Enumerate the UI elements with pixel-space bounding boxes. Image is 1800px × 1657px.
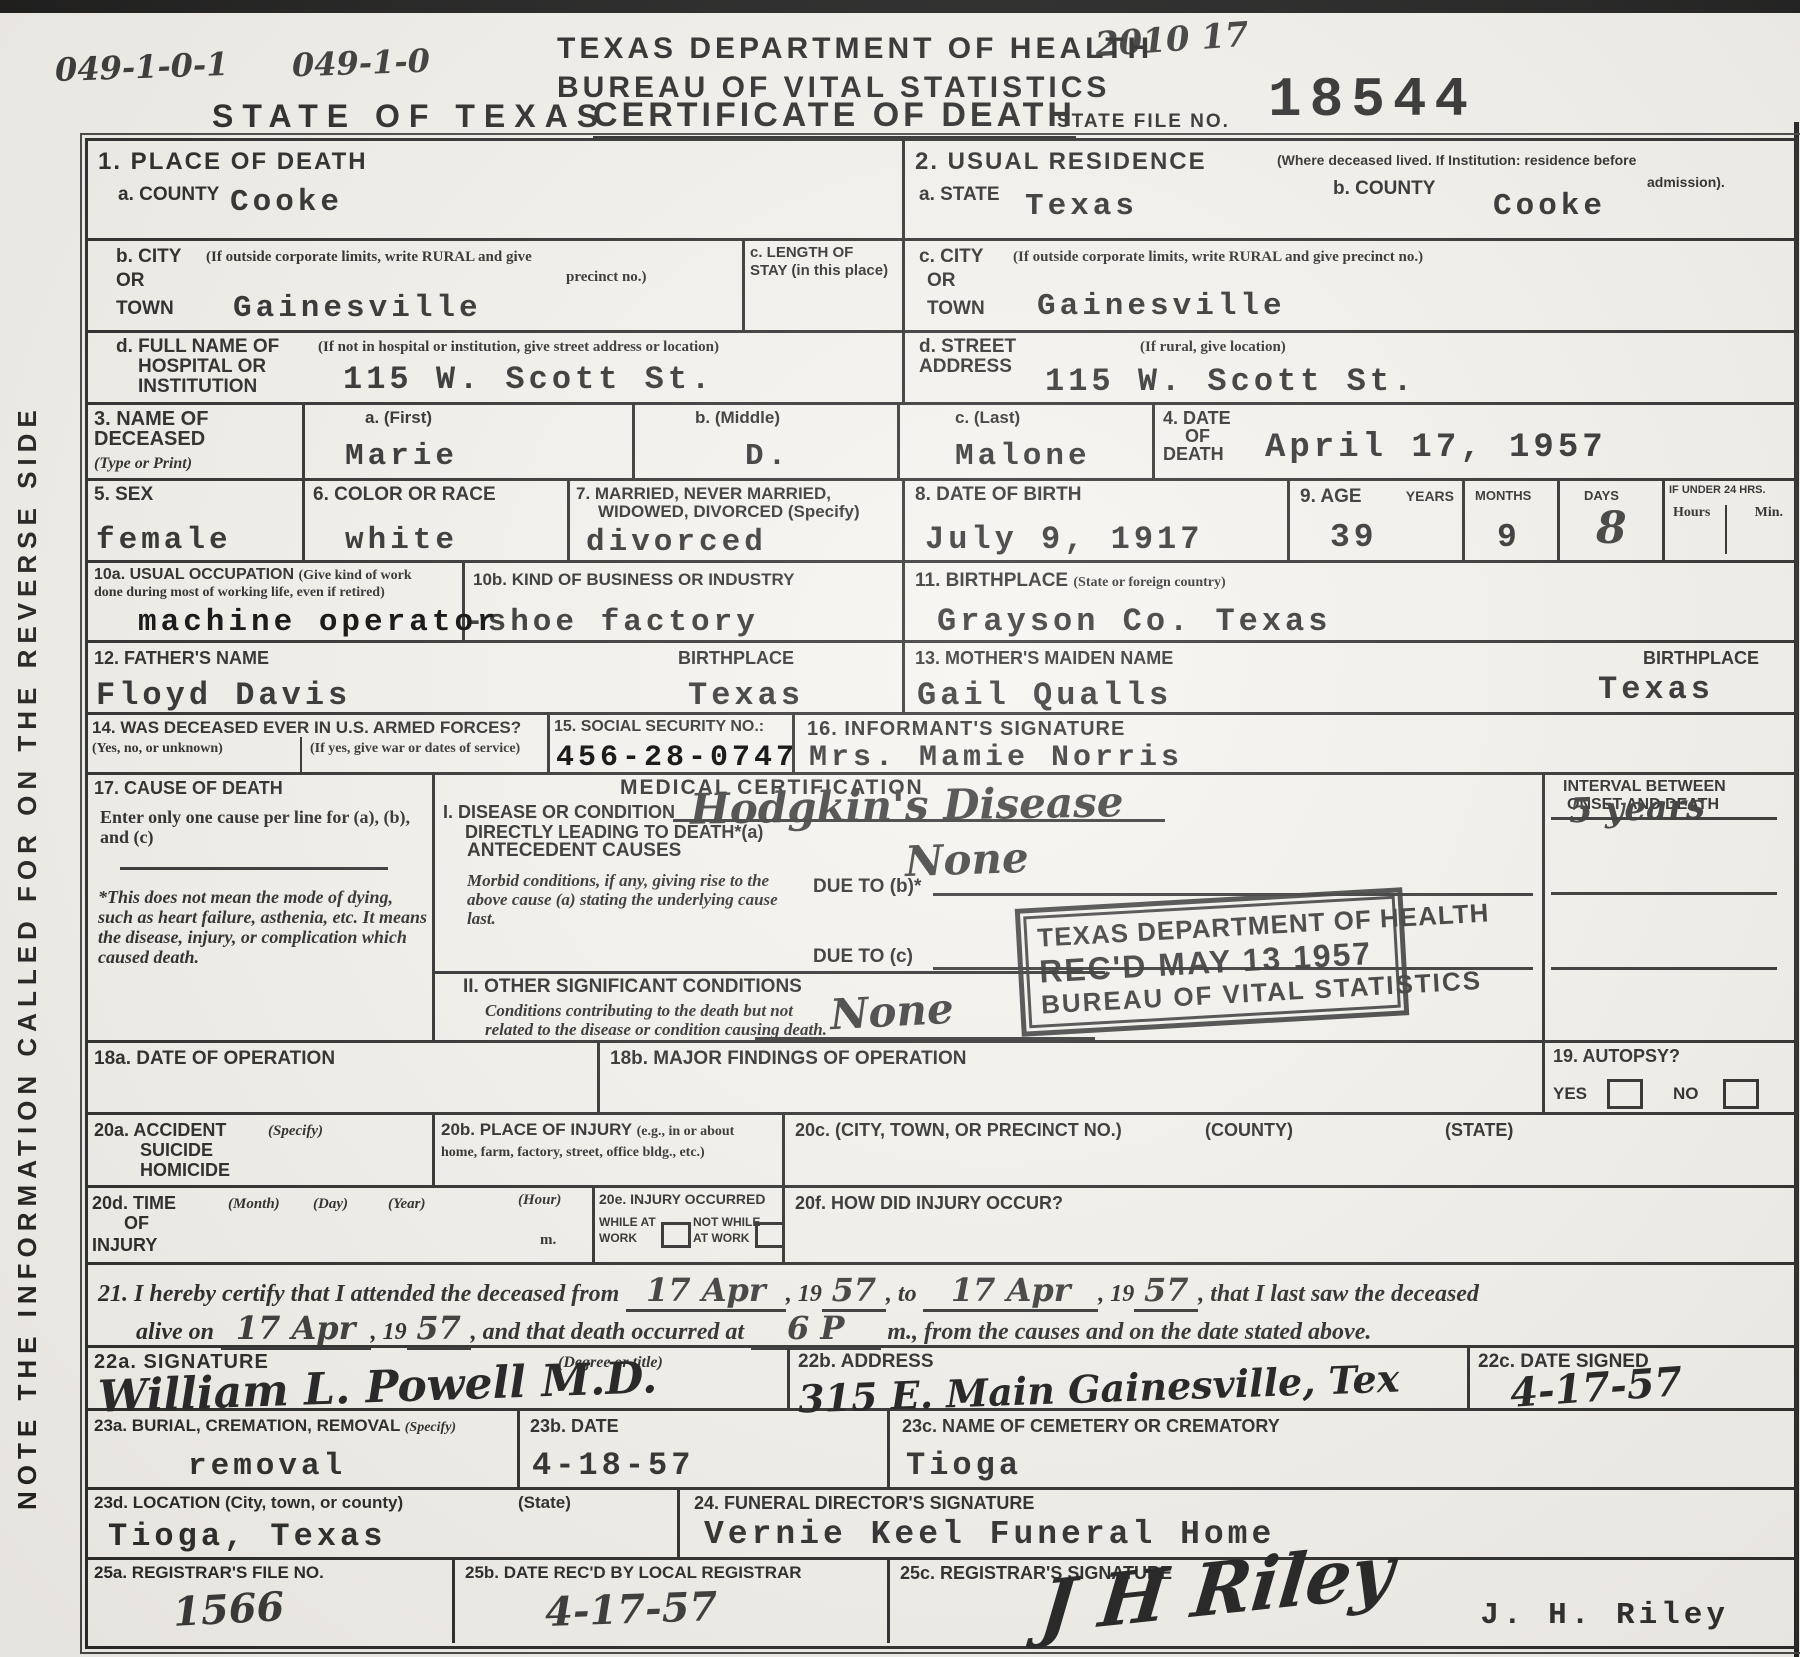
- header-department: TEXAS DEPARTMENT OF HEALTH: [557, 33, 1153, 65]
- age-days-value: 8: [1596, 503, 1627, 554]
- row-injury-2: 20d. TIME OF INJURY (Month) (Day) (Year)…: [88, 1188, 1795, 1265]
- father-birthplace-value: Texas: [688, 677, 804, 714]
- field-burial-type: 23a. BURIAL, CREMATION, REMOVAL (Specify…: [88, 1411, 520, 1487]
- row-medical-certification: 17. CAUSE OF DEATH Enter only one cause …: [88, 775, 1795, 1043]
- field-birthplace: 11. BIRTHPLACE (State or foreign country…: [905, 563, 1789, 640]
- interval-line-a: [1551, 817, 1777, 820]
- row-physician: 22a. SIGNATURE (Degree or title) William…: [88, 1348, 1795, 1411]
- row-operation: 18a. DATE OF OPERATION 18b. MAJOR FINDIN…: [88, 1043, 1795, 1115]
- age-years-value: 39: [1330, 519, 1378, 556]
- field-age-under24: IF UNDER 24 HRS. Hours Min.: [1665, 481, 1789, 560]
- header-state: STATE OF TEXAS: [212, 100, 607, 134]
- field-occupation: 10a. USUAL OCCUPATION (Give kind of work…: [88, 563, 465, 640]
- other-conditions-line: [755, 1037, 1095, 1040]
- attended-to-value: 17 Apr: [951, 1271, 1071, 1309]
- field-operation-findings: 18b. MAJOR FINDINGS OF OPERATION: [600, 1043, 1545, 1112]
- state-file-no-label: STATE FILE NO.: [1057, 112, 1230, 132]
- certificate-form: 1. PLACE OF DEATH a. COUNTY Cooke 2. USU…: [85, 138, 1798, 1649]
- date-of-birth-value: July 9, 1917: [925, 521, 1203, 558]
- father-name-value: Floyd Davis: [96, 677, 351, 714]
- death-certificate-scan: NOTE THE INFORMATION CALLED FOR ON THE R…: [0, 0, 1800, 1657]
- field-name-label: 3. NAME OF DECEASED (Type or Print): [88, 405, 305, 478]
- header-title: CERTIFICATE OF DEATH: [593, 98, 1076, 140]
- reverse-side-note: NOTE THE INFORMATION CALLED FOR ON THE R…: [12, 295, 43, 1510]
- state-file-number: 18544: [1268, 68, 1476, 132]
- place-county-value: Cooke: [230, 185, 343, 220]
- field-registrar-file: 25a. REGISTRAR'S FILE NO. 1566: [88, 1560, 455, 1643]
- field-street-address: d. STREET ADDRESS (If rural, give locati…: [905, 333, 1789, 402]
- cause-a-line: [673, 819, 1165, 822]
- scan-edge-top: [0, 0, 1800, 13]
- field-certify-statement: 21. I hereby certify that I attended the…: [88, 1265, 1789, 1345]
- field-burial-location: 23d. LOCATION (City, town, or county) (S…: [88, 1490, 680, 1557]
- row-parents: 12. FATHER'S NAME BIRTHPLACE Floyd Davis…: [88, 643, 1795, 715]
- field-date-signed: 22c. DATE SIGNED 4-17-57: [1470, 1348, 1789, 1408]
- row-address: d. FULL NAME OF (If not in hospital or i…: [88, 333, 1795, 405]
- row-injury-1: 20a. ACCIDENT (Specify) SUICIDE HOMICIDE…: [88, 1115, 1795, 1188]
- while-at-work-checkbox: [661, 1222, 691, 1248]
- field-place-of-death: 1. PLACE OF DEATH a. COUNTY Cooke: [88, 141, 905, 238]
- hours-min-divider: [1725, 505, 1727, 554]
- autopsy-yes-checkbox: [1607, 1079, 1643, 1109]
- field-accident-suicide-homicide: 20a. ACCIDENT (Specify) SUICIDE HOMICIDE: [88, 1115, 435, 1185]
- other-conditions-value: None: [829, 984, 955, 1039]
- burial-date-value: 4-18-57: [532, 1447, 694, 1484]
- field-interval: INTERVAL BETWEEN ONSET AND DEATH 5 years: [1545, 775, 1789, 1040]
- cemetery-value: Tioga: [906, 1447, 1022, 1484]
- field-sex: 5. SEX female: [88, 481, 305, 560]
- field-age-days: DAYS 8: [1560, 481, 1665, 560]
- interval-line-b: [1551, 892, 1777, 895]
- row-place-residence: 1. PLACE OF DEATH a. COUNTY Cooke 2. USU…: [88, 141, 1795, 241]
- field-father: 12. FATHER'S NAME BIRTHPLACE Floyd Davis…: [88, 643, 905, 712]
- field-informant: 16. INFORMANT'S SIGNATURE Mrs. Mamie Nor…: [795, 715, 1789, 772]
- interval-line-c: [1551, 967, 1777, 970]
- row-location-director: 23d. LOCATION (City, town, or county) (S…: [88, 1490, 1795, 1560]
- field-registrar-signature: 25c. REGISTRAR'S SIGNATURE J H Riley J. …: [890, 1560, 1789, 1643]
- registrar-date-value: 4-17-57: [544, 1583, 718, 1636]
- burial-type-value: removal: [188, 1449, 346, 1484]
- received-stamp: TEXAS DEPARTMENT OF HEALTH REC'D MAY 13 …: [1015, 887, 1410, 1037]
- field-physician-address: 22b. ADDRESS 315 E. Main Gainesville, Te…: [790, 1348, 1470, 1408]
- cause-note-rule: [120, 867, 388, 870]
- field-residence-city: c. CITY (If outside corporate limits, wr…: [905, 241, 1789, 330]
- from-year-value: 57: [832, 1271, 877, 1309]
- field-middle-name: b. (Middle) D.: [635, 405, 900, 478]
- row-city: b. CITY (If outside corporate limits, wr…: [88, 241, 1795, 333]
- field-length-of-stay: c. LENGTH OF STAY (in this place): [745, 241, 905, 330]
- registrar-name-typed: J. H. Riley: [1480, 1598, 1729, 1633]
- field-cause-of-death-notes: 17. CAUSE OF DEATH Enter only one cause …: [88, 775, 435, 1040]
- first-name-value: Marie: [345, 439, 458, 474]
- registrar-file-value: 1566: [172, 1583, 286, 1636]
- street-address-value: 115 W. Scott St.: [1045, 363, 1416, 400]
- field-race: 6. COLOR OR RACE white: [305, 481, 570, 560]
- residence-state-value: Texas: [1025, 189, 1138, 224]
- certify-line1: 21. I hereby certify that I attended the…: [98, 1271, 1479, 1312]
- field-autopsy: 19. AUTOPSY? YES NO: [1545, 1043, 1789, 1112]
- last-name-value: Malone: [955, 439, 1091, 474]
- field-first-name: a. (First) Marie: [305, 405, 635, 478]
- row-certify: 21. I hereby certify that I attended the…: [88, 1265, 1795, 1348]
- informant-value: Mrs. Mamie Norris: [809, 741, 1183, 775]
- field-injury-location: 20c. (CITY, TOWN, OR PRECINCT NO.) (COUN…: [785, 1115, 1789, 1185]
- age-months-value: 9: [1497, 519, 1521, 556]
- attended-from-value: 17 Apr: [646, 1271, 766, 1309]
- forces-divider: [300, 737, 302, 772]
- residence-city-value: Gainesville: [1037, 289, 1286, 324]
- hospital-value: 115 W. Scott St.: [343, 361, 714, 398]
- cause-b-line: [933, 893, 1533, 896]
- row-demographics: 5. SEX female 6. COLOR OR RACE white 7. …: [88, 481, 1795, 563]
- date-of-death-value: April 17, 1957: [1265, 429, 1607, 467]
- row-forces-ssn: 14. WAS DECEASED EVER IN U.S. ARMED FORC…: [88, 715, 1795, 775]
- mother-birthplace-value: Texas: [1598, 671, 1714, 708]
- field-place-city: b. CITY (If outside corporate limits, wr…: [88, 241, 745, 330]
- field-marital-status: 7. MARRIED, NEVER MARRIED, WIDOWED, DIVO…: [570, 481, 905, 560]
- alive-on-value: 17 Apr: [236, 1309, 356, 1347]
- to-year-value: 57: [1144, 1271, 1189, 1309]
- race-value: white: [345, 523, 458, 558]
- middle-name-value: D.: [745, 439, 790, 474]
- field-mother: 13. MOTHER'S MAIDEN NAME BIRTHPLACE Gail…: [905, 643, 1789, 712]
- field-age-months: MONTHS 9: [1465, 481, 1560, 560]
- field-place-of-injury: 20b. PLACE OF INJURY (e.g., in or about …: [435, 1115, 785, 1185]
- row-name: 3. NAME OF DECEASED (Type or Print) a. (…: [88, 405, 1795, 481]
- row-burial: 23a. BURIAL, CREMATION, REMOVAL (Specify…: [88, 1411, 1795, 1490]
- ssn-value: 456-28-0747: [556, 741, 798, 775]
- field-cemetery: 23c. NAME OF CEMETERY OR CREMATORY Tioga: [890, 1411, 1789, 1487]
- filing-code-left2: 049-1-0: [291, 42, 430, 85]
- residence-county-value: Cooke: [1493, 189, 1606, 224]
- section-divider: [435, 971, 1105, 974]
- funeral-director-value: Vernie Keel Funeral Home: [704, 1516, 1275, 1553]
- certify-line2: alive on 17 Apr, 1957, and that death oc…: [136, 1309, 1371, 1350]
- field-time-of-injury: 20d. TIME OF INJURY (Month) (Day) (Year)…: [88, 1188, 595, 1262]
- interval-value: 5 years: [1568, 787, 1705, 832]
- field-industry: 10b. KIND OF BUSINESS OR INDUSTRY -shoe …: [465, 563, 905, 640]
- field-date-of-death: 4. DATE OF DEATH April 17, 1957: [1155, 405, 1789, 478]
- field-last-name: c. (Last) Malone: [900, 405, 1155, 478]
- field-hospital: d. FULL NAME OF (If not in hospital or i…: [88, 333, 905, 402]
- field-injury-occurred: 20e. INJURY OCCURRED WHILE AT WORK NOT W…: [595, 1188, 785, 1262]
- alive-year-value: 57: [416, 1309, 461, 1347]
- sex-value: female: [96, 523, 232, 558]
- burial-location-value: Tioga, Texas: [108, 1518, 386, 1555]
- field-how-injury-occurred: 20f. HOW DID INJURY OCCUR?: [785, 1188, 1789, 1262]
- death-hour-value: 6 P: [787, 1309, 844, 1347]
- field-physician-signature: 22a. SIGNATURE (Degree or title) William…: [88, 1348, 790, 1408]
- row-occupation: 10a. USUAL OCCUPATION (Give kind of work…: [88, 563, 1795, 643]
- field-operation-date: 18a. DATE OF OPERATION: [88, 1043, 600, 1112]
- field-ssn: 15. SOCIAL SECURITY NO.: 456-28-0747: [550, 715, 795, 772]
- row-registrar: 25a. REGISTRAR'S FILE NO. 1566 25b. DATE…: [88, 1560, 1795, 1643]
- mother-name-value: Gail Qualls: [917, 677, 1172, 714]
- occupation-value: machine operator: [138, 605, 500, 640]
- cause-b-value: None: [904, 833, 1029, 886]
- field-usual-residence: 2. USUAL RESIDENCE (Where deceased lived…: [905, 141, 1789, 238]
- field-date-of-birth: 8. DATE OF BIRTH July 9, 1917: [905, 481, 1290, 560]
- place-city-value: Gainesville: [233, 291, 482, 326]
- cause-a-value: Hodgkin's Disease: [690, 777, 1124, 834]
- field-armed-forces: 14. WAS DECEASED EVER IN U.S. ARMED FORC…: [88, 715, 550, 772]
- filing-code-left: 049-1-0-1: [54, 45, 229, 89]
- birthplace-value: Grayson Co. Texas: [937, 603, 1331, 640]
- field-registrar-date: 25b. DATE REC'D BY LOCAL REGISTRAR 4-17-…: [455, 1560, 890, 1643]
- not-while-at-work-checkbox: [755, 1222, 785, 1248]
- marital-value: divorced: [586, 525, 767, 560]
- industry-value: -shoe factory: [465, 605, 759, 640]
- field-burial-date: 23b. DATE 4-18-57: [520, 1411, 890, 1487]
- field-age-years: 9. AGE YEARS 39: [1290, 481, 1465, 560]
- autopsy-no-checkbox: [1723, 1079, 1759, 1109]
